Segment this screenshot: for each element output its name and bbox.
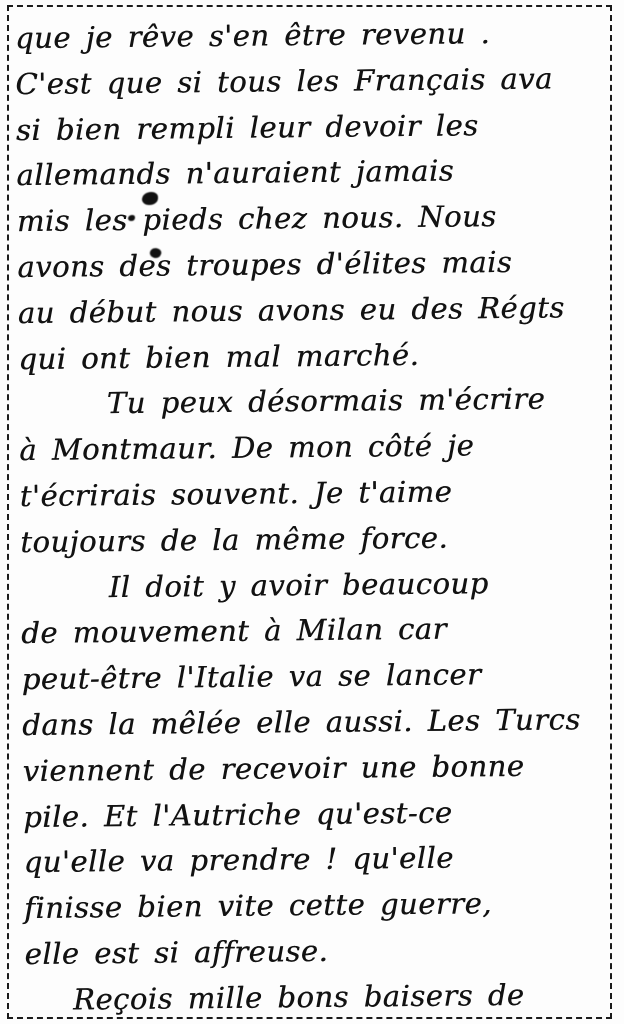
letter-line-paragraph-start: Tu peux désormais m'écrire <box>19 376 609 428</box>
letter-line: qu'elle va prendre ! qu'elle <box>23 834 613 886</box>
letter-text-block: que je rêve s'en être revenu . C'est que… <box>15 10 616 1024</box>
letter-line: toujours de la même force. <box>20 514 610 566</box>
letter-line: au début nous avons eu des Régts <box>18 285 608 337</box>
letter-line: elle est si affreuse. <box>24 926 614 978</box>
letter-line: C'est que si tous les Français ava <box>15 56 605 108</box>
scanned-letter-page: que je rêve s'en être revenu . C'est que… <box>0 0 624 1024</box>
letter-line-closing: Reçois mille bons baisers de <box>25 972 615 1024</box>
letter-line: que je rêve s'en être revenu . <box>15 10 605 62</box>
letter-line: t'écrirais souvent. Je t'aime <box>20 468 610 520</box>
letter-line: viennent de recevoir une bonne <box>22 743 612 795</box>
letter-line: mis les pieds chez nous. Nous <box>17 193 607 245</box>
letter-line: allemands n'auraient jamais <box>16 147 606 199</box>
letter-line: avons des troupes d'élites mais <box>17 239 607 291</box>
letter-line: finisse bien vite cette guerre, <box>24 880 614 932</box>
letter-line: peut-être l'Italie va se lancer <box>21 651 611 703</box>
letter-line-paragraph-start: Il doit y avoir beaucoup <box>20 559 610 611</box>
letter-line: à Montmaur. De mon côté je <box>19 422 609 474</box>
letter-line: si bien rempli leur devoir les <box>16 102 606 154</box>
letter-line: pile. Et l'Autriche qu'est-ce <box>23 788 613 840</box>
letter-line: qui ont bien mal marché. <box>18 330 608 382</box>
letter-line: de mouvement à Milan car <box>21 605 611 657</box>
letter-line: dans la mêlée elle aussi. Les Turcs <box>22 697 612 749</box>
